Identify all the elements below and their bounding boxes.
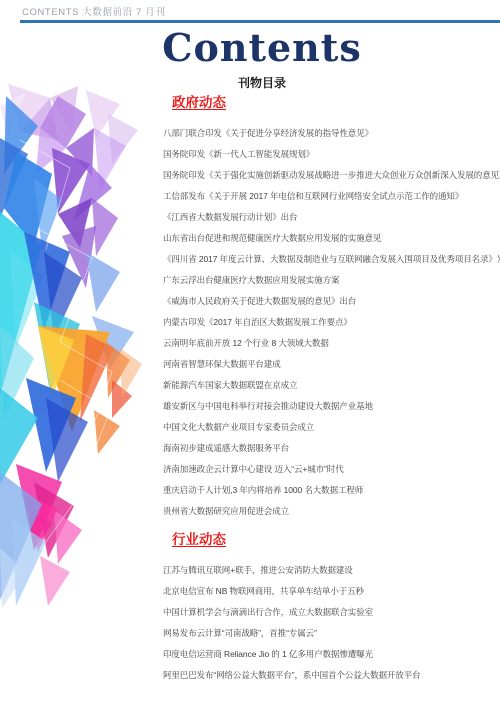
toc-item: 山东省出台促进和规范健康医疗大数据应用发展的实施意见 xyxy=(163,228,500,249)
toc-item: 《威海市人民政府关于促进大数据发展的意见》出台 xyxy=(163,291,500,312)
toc-list-industry: 江苏与腾讯互联网+联手，推进公安消防大数据建设北京电信宣布 NB 物联网商用，共… xyxy=(163,560,500,686)
toc-item: 新能源汽车国家大数据联盟在京成立 xyxy=(163,375,500,396)
toc-item: 《江西省大数据发展行动计划》出台 xyxy=(163,207,500,228)
toc-item: 八部门联合印发《关于促进分享经济发展的指导性意见》 xyxy=(163,123,500,144)
toc-item: 国务院印发《新一代人工智能发展规划》 xyxy=(163,144,500,165)
toc-item: 北京电信宣布 NB 物联网商用，共享单车结单小于五秒 xyxy=(163,581,500,602)
toc-section-gov: 政府动态八部门联合印发《关于促进分享经济发展的指导性意见》国务院印发《新一代人工… xyxy=(163,94,500,522)
toc-item: 江苏与腾讯互联网+联手，推进公安消防大数据建设 xyxy=(163,560,500,581)
toc-item: 《四川省 2017 年度云计算、大数据及制造业与互联网融合发展入围项目及优秀项目… xyxy=(163,249,500,270)
toc-item: 国务院印发《关于强化实施创新驱动发展战略进一步推进大众创业万众创新深入发展的意见… xyxy=(163,165,500,186)
toc-item: 云南明年底前开放 12 个行业 8 大领域大数据 xyxy=(163,333,500,354)
toc-section-industry: 行业动态江苏与腾讯互联网+联手，推进公安消防大数据建设北京电信宣布 NB 物联网… xyxy=(163,531,500,686)
section-heading-gov[interactable]: 政府动态 xyxy=(172,94,226,111)
toc-list-gov: 八部门联合印发《关于促进分享经济发展的指导性意见》国务院印发《新一代人工智能发展… xyxy=(163,123,500,522)
toc-item: 济南加速政企云计算中心建设 迈入“云+城市”时代 xyxy=(163,459,500,480)
toc-item: 中国计算机学会与滴滴出行合作，成立大数据联合实验室 xyxy=(163,602,500,623)
contents-page: CONTENTS 大数据前沿 7 月刊 xyxy=(0,0,500,706)
toc-item: 阿里巴巴发布“网络公益大数据平台”，系中国首个公益大数据开放平台 xyxy=(163,665,500,686)
toc-item: 重庆启动千人计划,3 年内将培养 1000 名大数据工程师 xyxy=(163,480,500,501)
toc-item: 印度电信运营商 Reliance Jio 的 1 亿多用户数据惨遭曝光 xyxy=(163,644,500,665)
toc-item: 网易发布云计算“司南战略”，首推“专属云” xyxy=(163,623,500,644)
triangle-decoration xyxy=(0,80,170,610)
page-subtitle: 刊物目录 xyxy=(0,74,500,91)
header-rule xyxy=(20,20,500,23)
toc-item: 雄安新区与中国电科举行对接会推动建设大数据产业基地 xyxy=(163,396,500,417)
toc-item: 海南初步建成遥感大数据服务平台 xyxy=(163,438,500,459)
running-head: CONTENTS 大数据前沿 7 月刊 xyxy=(22,4,165,18)
section-heading-industry[interactable]: 行业动态 xyxy=(172,531,226,548)
toc-item: 广东云浮出台健康医疗大数据应用发展实施方案 xyxy=(163,270,500,291)
page-title: Contents xyxy=(0,28,500,68)
toc-item: 内蒙古印发《2017 年自治区大数据发展工作要点》 xyxy=(163,312,500,333)
toc-item: 中国文化大数据产业项目专家委员会成立 xyxy=(163,417,500,438)
toc-item: 工信部发布《关于开展 2017 年电信和互联网行业网络安全试点示范工作的通知》 xyxy=(163,186,500,207)
toc-item: 贵州省大数据研究应用促进会成立 xyxy=(163,501,500,522)
toc-item: 河南省智慧环保大数据平台建成 xyxy=(163,354,500,375)
